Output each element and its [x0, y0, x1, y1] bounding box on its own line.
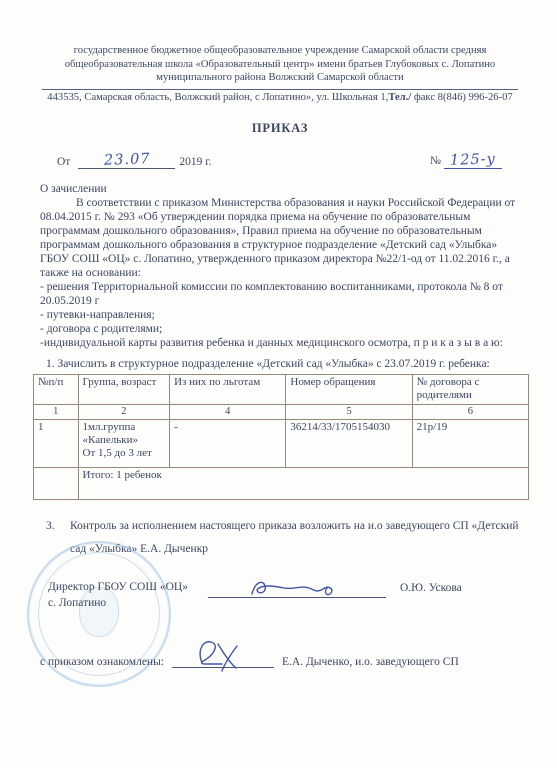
cell-group: 1мл.группа «Капельки» От 1,5 до 3 лет	[78, 419, 170, 467]
acknowledgement-signature-line	[172, 651, 274, 668]
cell-application-number: 36214/33/1705154030	[286, 419, 412, 467]
col-header-number: №п/п	[34, 374, 79, 404]
number-handwritten-field: 125-у	[444, 153, 502, 169]
basis-item-medical: -индивидуальной карты развития ребенка и…	[40, 336, 520, 350]
number-label: №	[430, 155, 441, 167]
basis-item-commission: - решения Территориальной комиссии по ко…	[40, 280, 520, 308]
table-header-row: №п/п Группа, возраст Из них по льготам Н…	[34, 374, 529, 404]
director-name: О.Ю. Ускова	[400, 581, 462, 595]
address-line: 443535, Самарская область, Волжский райо…	[40, 91, 520, 104]
order-subject: О зачислении	[40, 182, 520, 196]
basis-item-contract: - договора с родителями;	[40, 322, 520, 336]
date-handwritten-field: 23.07	[78, 153, 175, 169]
basis-list: - решения Территориальной комиссии по ко…	[40, 280, 520, 350]
colnum-2: 2	[78, 404, 170, 419]
col-header-group: Группа, возраст	[78, 374, 170, 404]
basis-item-referral: - путевки-направления;	[40, 308, 520, 322]
year-suffix: 2019 г.	[179, 155, 211, 169]
cell-contract-number: 21р/19	[412, 419, 528, 467]
phone-number: факс 8(846) 996-26-07	[411, 92, 512, 103]
enrollment-table: №п/п Группа, возраст Из них по льготам Н…	[33, 374, 529, 500]
date-label: От	[57, 155, 70, 169]
cell-benefits: -	[170, 419, 286, 467]
signature-block: Директор ГБОУ СОШ «ОЦ» с. Лопатино О.Ю. …	[40, 579, 520, 669]
director-signature	[246, 575, 350, 601]
colnum-4: 4	[170, 404, 286, 419]
clause-1-enroll: 1. Зачислить в структурное подразделение…	[40, 357, 520, 371]
handwritten-date: 23.07	[103, 152, 150, 168]
document-title: ПРИКАЗ	[40, 121, 520, 135]
col-header-application: Номер обращения	[286, 374, 412, 404]
director-title: Директор ГБОУ СОШ «ОЦ» с. Лопатино	[40, 579, 208, 611]
enrollment-row: 1 1мл.группа «Капельки» От 1,5 до 3 лет …	[34, 419, 529, 467]
phone-label: Тел./	[388, 92, 411, 103]
colnum-1: 1	[34, 404, 79, 419]
director-title-line1: Директор ГБОУ СОШ «ОЦ»	[48, 579, 208, 595]
cell-total: Итого: 1 ребенок	[78, 467, 528, 499]
col-header-contract: № договора с родителями	[412, 374, 528, 404]
handwritten-number: 125-у	[450, 152, 496, 168]
clause-3-text: Контроль за исполнением настоящего прика…	[70, 515, 520, 561]
clause-3-number: 3.	[46, 515, 70, 561]
address-text: 443535, Самарская область, Волжский райо…	[47, 92, 388, 103]
col-header-benefits: Из них по льготам	[170, 374, 286, 404]
date-and-number-row: От 23.07 2019 г. №125-у	[40, 147, 520, 169]
acknowledgement-label: с приказом ознакомлены:	[40, 655, 164, 669]
letterhead-divider	[42, 89, 518, 90]
director-title-line2: с. Лопатино	[48, 595, 208, 611]
order-number-group: №125-у	[430, 153, 502, 169]
colnum-6: 6	[412, 404, 528, 419]
intro-paragraph: В соответствии с приказом Министерства о…	[40, 196, 520, 280]
director-signature-row: Директор ГБОУ СОШ «ОЦ» с. Лопатино О.Ю. …	[40, 579, 520, 611]
cell-row-number: 1	[34, 419, 79, 467]
clause-3-control: 3. Контроль за исполнением настоящего пр…	[40, 515, 520, 561]
acknowledgement-name: Е.А. Дыченко, и.о. заведующего СП	[282, 655, 459, 669]
order-document-page: государственное бюджетное общеобразовате…	[0, 0, 557, 768]
organization-name: государственное бюджетное общеобразовате…	[40, 44, 520, 85]
column-number-row: 1 2 4 5 6	[34, 404, 529, 419]
acknowledgement-row: с приказом ознакомлены: Е.А. Дыченко, и.…	[40, 651, 520, 669]
director-signature-line	[208, 581, 386, 598]
cell-total-empty	[34, 467, 79, 499]
colnum-5: 5	[286, 404, 412, 419]
acknowledgement-signature	[190, 637, 256, 675]
table-total-row: Итого: 1 ребенок	[34, 467, 529, 499]
